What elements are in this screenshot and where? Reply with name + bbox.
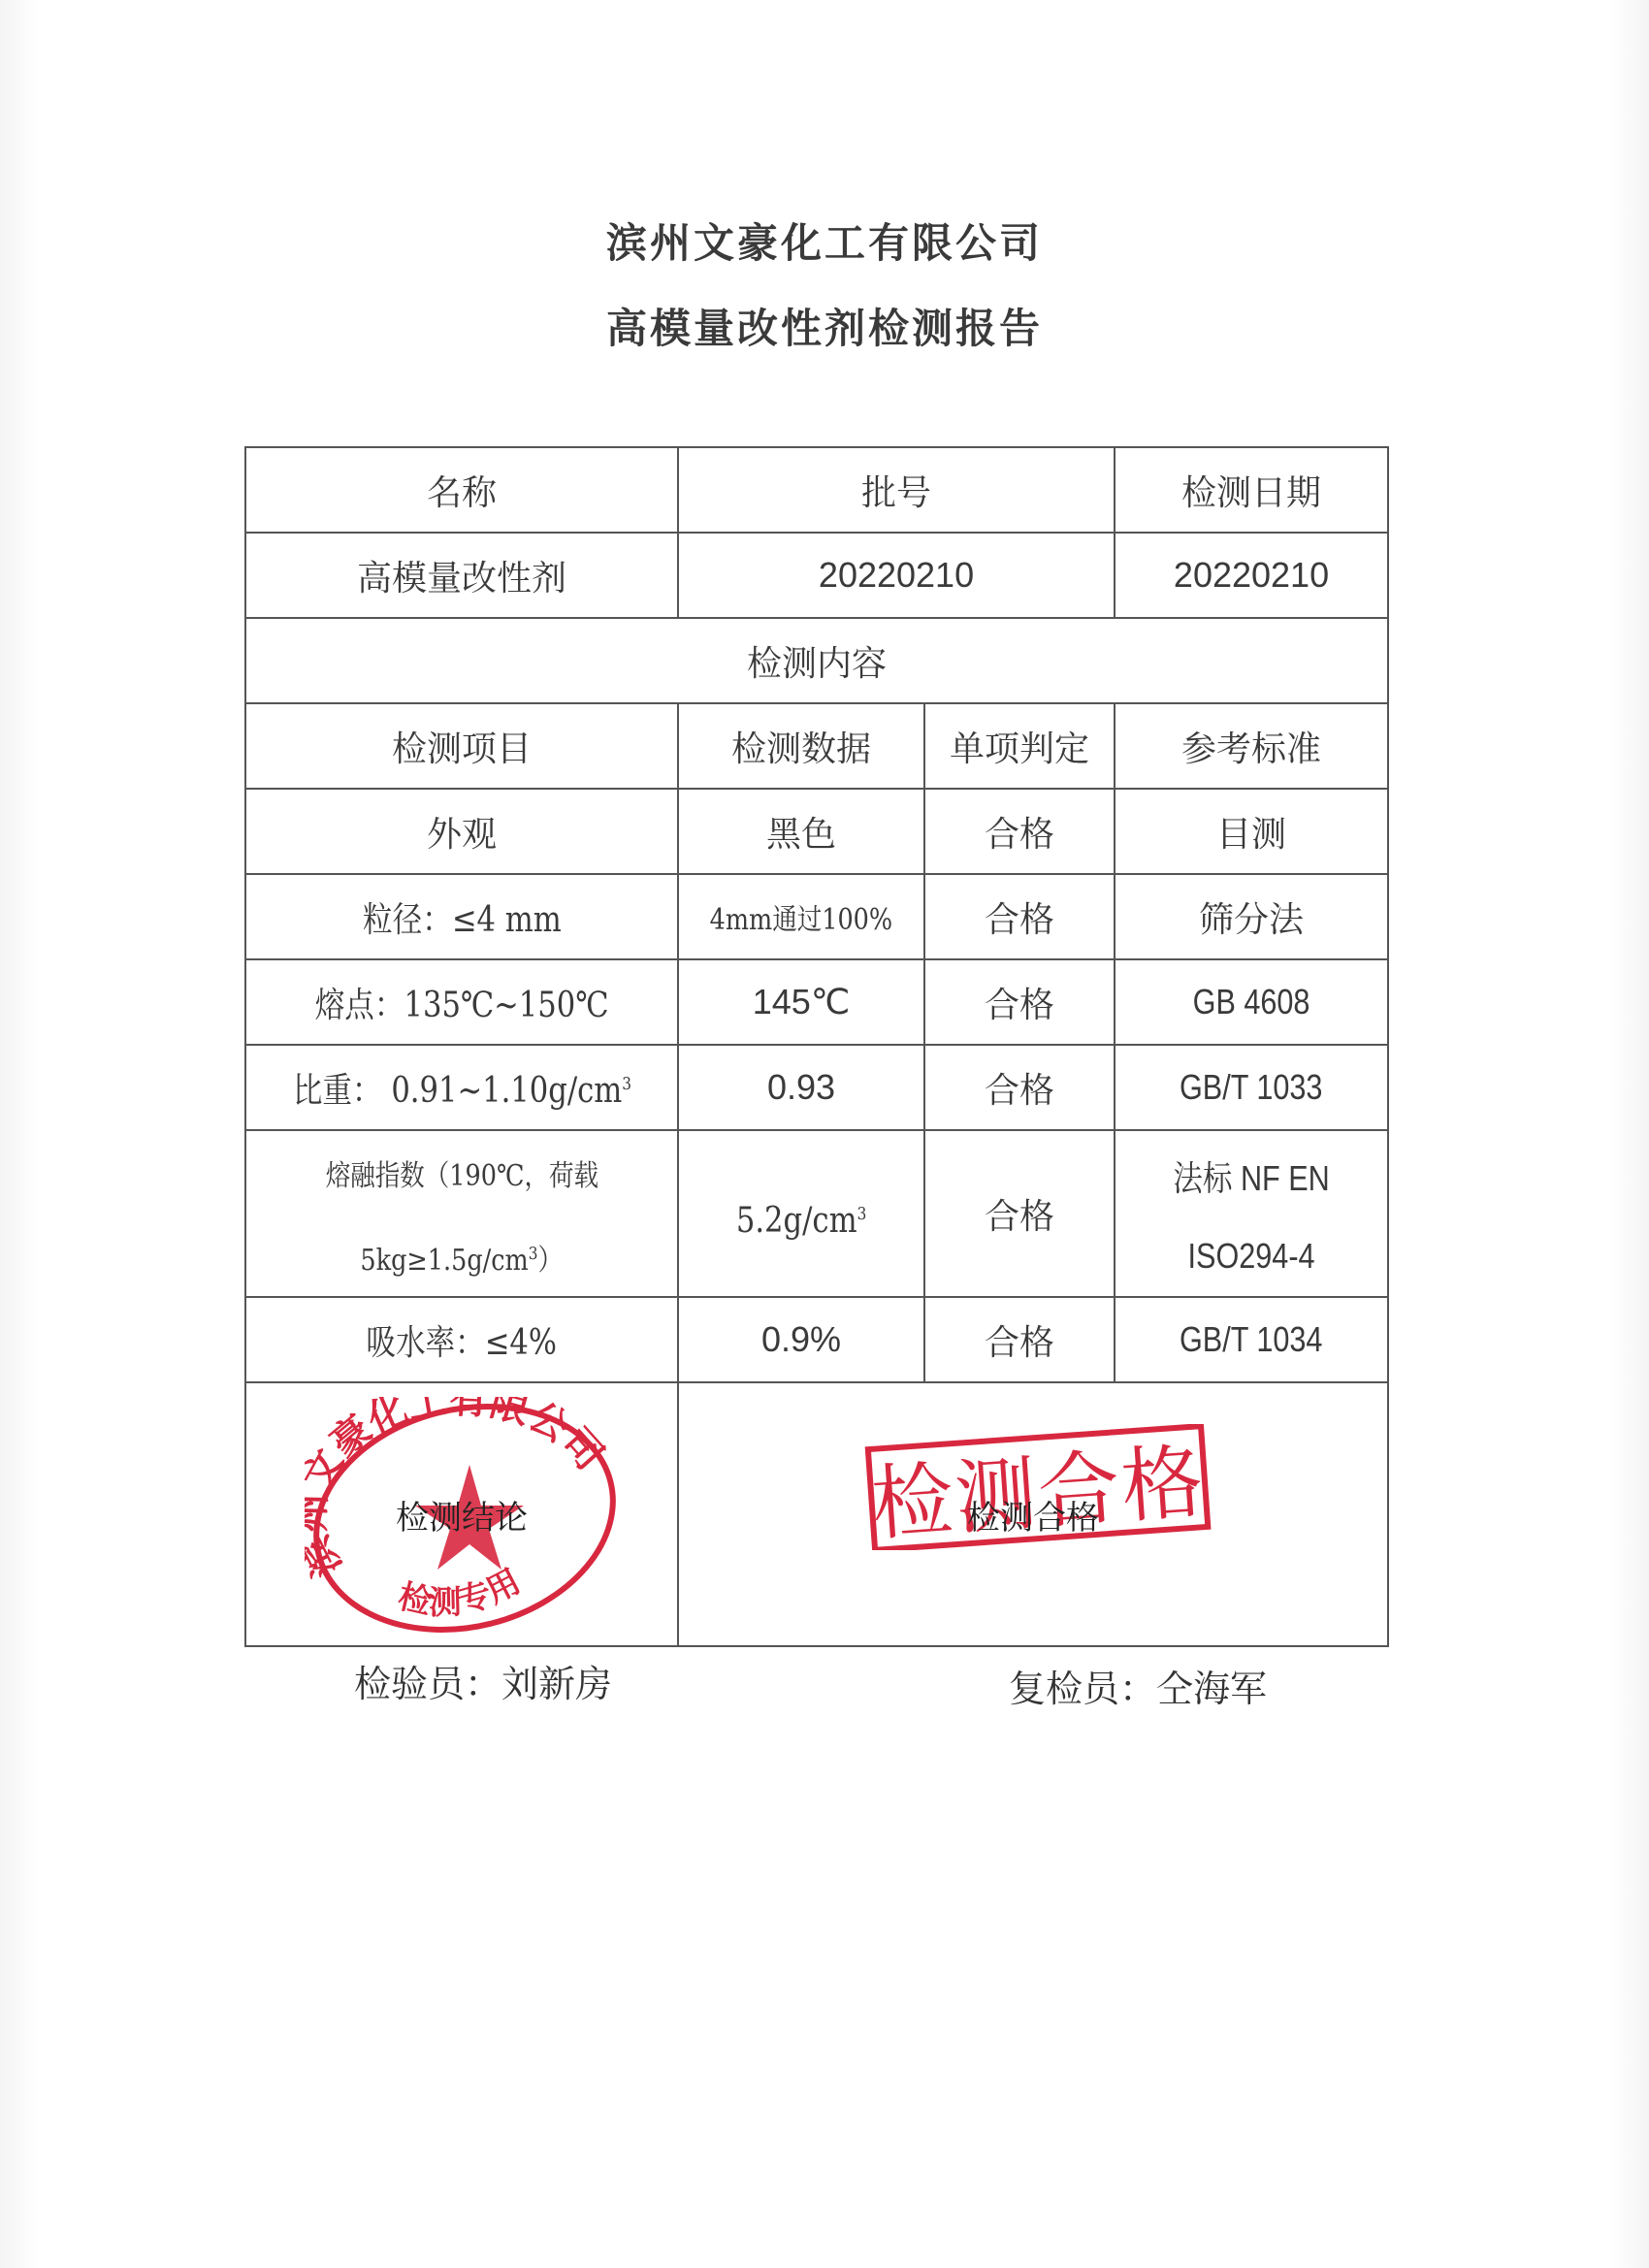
inspector-signature: 检验员：刘新房 [354, 1654, 612, 1707]
table-row: 吸水率：≤4% 0.9% 合格 GB/T 1034 [245, 1297, 1388, 1382]
item-cell: 熔点：135℃~150℃ [245, 959, 678, 1045]
standard-cell: 法标 NF EN ISO294-4 [1115, 1130, 1388, 1297]
section-row: 检测内容 [245, 618, 1388, 703]
data-cell: 黑色 [678, 789, 924, 874]
item-cell: 外观 [245, 789, 678, 874]
data-cell: 145℃ [678, 959, 924, 1045]
report-table: 名称 批号 检测日期 高模量改性剂 20220210 20220210 检测内容… [244, 446, 1389, 1647]
conclusion-label: 检测结论 [396, 1499, 528, 1538]
col-item: 检测项目 [245, 703, 678, 789]
standard-cell: GB/T 1034 [1115, 1297, 1388, 1382]
info-value-row: 高模量改性剂 20220210 20220210 [245, 533, 1388, 618]
item-cell: 吸水率：≤4% [245, 1297, 678, 1382]
company-title: 滨州文豪化工有限公司 [0, 211, 1649, 270]
result-cell: 合格 [924, 874, 1115, 959]
data-cell: 0.9% [678, 1297, 924, 1382]
result-cell: 合格 [924, 1045, 1115, 1130]
table-row: 熔点：135℃~150℃ 145℃ 合格 GB 4608 [245, 959, 1388, 1045]
data-cell: 4mm通过100% [678, 874, 924, 959]
conclusion-label-cell: 滨州文豪化工有限公司 检测专用章 检测结论 [245, 1382, 678, 1646]
item-cell: 粒径：≤4 mm [245, 874, 678, 959]
standard-cell: GB 4608 [1115, 959, 1388, 1045]
column-header-row: 检测项目 检测数据 单项判定 参考标准 [245, 703, 1388, 789]
standard-cell: GB/T 1033 [1115, 1045, 1388, 1130]
table-row: 熔融指数（190℃，荷载 5kg≥1.5g/cm3） 5.2g/cm3 合格 法… [245, 1130, 1388, 1297]
result-cell: 合格 [924, 789, 1115, 874]
col-data: 检测数据 [678, 703, 924, 789]
item-cell: 比重： 0.91~1.10g/cm3 [245, 1045, 678, 1130]
col-standard: 参考标准 [1115, 703, 1388, 789]
table-row: 粒径：≤4 mm 4mm通过100% 合格 筛分法 [245, 874, 1388, 959]
header-date: 检测日期 [1115, 447, 1388, 533]
table-row: 比重： 0.91~1.10g/cm3 0.93 合格 GB/T 1033 [245, 1045, 1388, 1130]
info-header-row: 名称 批号 检测日期 [245, 447, 1388, 533]
standard-cell: 筛分法 [1115, 874, 1388, 959]
reviewer-signature: 复检员：仝海军 [1009, 1659, 1267, 1712]
product-name: 高模量改性剂 [245, 533, 678, 618]
header-name: 名称 [245, 447, 678, 533]
report-title: 高模量改性剂检测报告 [0, 297, 1649, 355]
standard-cell: 目测 [1115, 789, 1388, 874]
section-title: 检测内容 [245, 618, 1388, 703]
data-cell: 5.2g/cm3 [678, 1130, 924, 1297]
table-row: 外观 黑色 合格 目测 [245, 789, 1388, 874]
result-cell: 合格 [924, 959, 1115, 1045]
item-cell: 熔融指数（190℃，荷载 5kg≥1.5g/cm3） [245, 1130, 678, 1297]
result-cell: 合格 [924, 1130, 1115, 1297]
col-result: 单项判定 [924, 703, 1115, 789]
data-cell: 0.93 [678, 1045, 924, 1130]
result-cell: 合格 [924, 1297, 1115, 1382]
conclusion-value-cell: 检测合格 检测合格 [678, 1382, 1388, 1646]
batch-number: 20220210 [678, 533, 1115, 618]
conclusion-value: 检测合格 [967, 1499, 1099, 1538]
header-batch: 批号 [678, 447, 1115, 533]
conclusion-row: 滨州文豪化工有限公司 检测专用章 检测结论 检测合格 检测合格 [245, 1382, 1388, 1646]
svg-text:滨州文豪化工有限公司: 滨州文豪化工有限公司 [305, 1397, 612, 1584]
test-date: 20220210 [1115, 533, 1388, 618]
